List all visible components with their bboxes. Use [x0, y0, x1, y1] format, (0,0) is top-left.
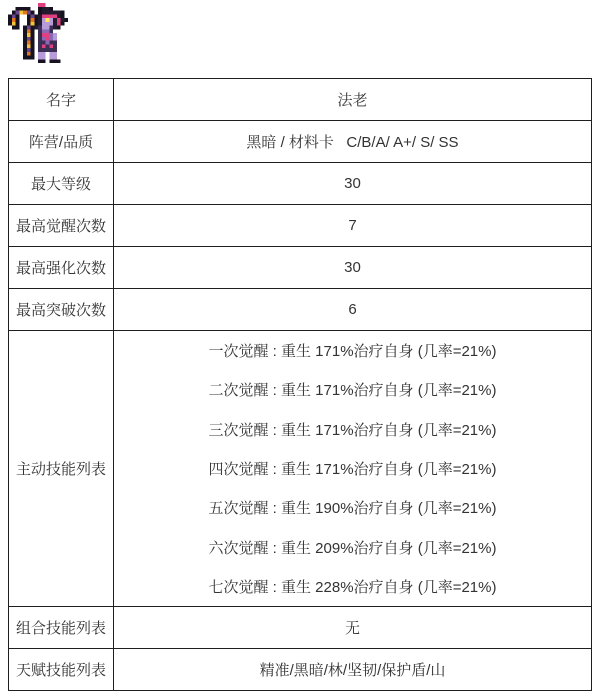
faction-quality-value: 黑暗 / 材料卡 C/B/A/ A+/ S/ SS — [246, 134, 458, 151]
row-label: 阵营/品质 — [9, 121, 114, 163]
table-row-active-skills: 主动技能列表 一次觉醒 : 重生 171%治疗自身 (几率=21%) 二次觉醒 … — [9, 331, 592, 607]
pharaoh-sprite-icon — [8, 3, 68, 63]
table-row-max-awaken: 最高觉醒次数 7 — [9, 205, 592, 247]
row-label: 最高强化次数 — [9, 247, 114, 289]
row-label: 天赋技能列表 — [9, 649, 114, 691]
row-value: 30 — [114, 247, 592, 289]
name-value: 法老 — [337, 92, 367, 109]
talent-skills-value: 精准/黑暗/林/坚韧/保护盾/山 — [260, 662, 446, 679]
row-value: 精准/黑暗/林/坚韧/保护盾/山 — [114, 649, 592, 691]
page: 名字 法老 阵营/品质 黑暗 / 材料卡 C/B/A/ A+/ S/ SS 最大… — [0, 0, 600, 692]
max-level-value: 30 — [344, 175, 361, 192]
row-label: 最高突破次数 — [9, 289, 114, 331]
table-row-max-level: 最大等级 30 — [9, 163, 592, 205]
row-value: 法老 — [114, 79, 592, 121]
combo-skills-value: 无 — [345, 620, 360, 637]
active-skill-list: 一次觉醒 : 重生 171%治疗自身 (几率=21%) 二次觉醒 : 重生 17… — [114, 331, 591, 606]
row-label: 最大等级 — [9, 163, 114, 205]
row-label: 组合技能列表 — [9, 607, 114, 649]
table-row-faction-quality: 阵营/品质 黑暗 / 材料卡 C/B/A/ A+/ S/ SS — [9, 121, 592, 163]
row-value: 30 — [114, 163, 592, 205]
row-label: 最高觉醒次数 — [9, 205, 114, 247]
skill-line-2: 二次觉醒 : 重生 171%治疗自身 (几率=21%) — [114, 370, 591, 409]
skill-line-1: 一次觉醒 : 重生 171%治疗自身 (几率=21%) — [114, 331, 591, 370]
table-row-max-breakthrough: 最高突破次数 6 — [9, 289, 592, 331]
row-label: 主动技能列表 — [9, 331, 114, 607]
max-awaken-value: 7 — [348, 217, 356, 234]
table-row-name: 名字 法老 — [9, 79, 592, 121]
table-row-talent-skills: 天赋技能列表 精准/黑暗/林/坚韧/保护盾/山 — [9, 649, 592, 691]
row-value: 黑暗 / 材料卡 C/B/A/ A+/ S/ SS — [114, 121, 592, 163]
row-value: 7 — [114, 205, 592, 247]
skill-line-7: 七次觉醒 : 重生 228%治疗自身 (几率=21%) — [114, 567, 591, 606]
skill-line-5: 五次觉醒 : 重生 190%治疗自身 (几率=21%) — [114, 488, 591, 527]
skill-line-6: 六次觉醒 : 重生 209%治疗自身 (几率=21%) — [114, 527, 591, 566]
max-enhance-value: 30 — [344, 259, 361, 276]
skill-line-3: 三次觉醒 : 重生 171%治疗自身 (几率=21%) — [114, 410, 591, 449]
row-value: 一次觉醒 : 重生 171%治疗自身 (几率=21%) 二次觉醒 : 重生 17… — [114, 331, 592, 607]
table-row-combo-skills: 组合技能列表 无 — [9, 607, 592, 649]
row-label: 名字 — [9, 79, 114, 121]
row-value: 无 — [114, 607, 592, 649]
row-value: 6 — [114, 289, 592, 331]
max-breakthrough-value: 6 — [348, 301, 356, 318]
character-info-table: 名字 法老 阵营/品质 黑暗 / 材料卡 C/B/A/ A+/ S/ SS 最大… — [8, 78, 592, 691]
skill-line-4: 四次觉醒 : 重生 171%治疗自身 (几率=21%) — [114, 449, 591, 488]
table-row-max-enhance: 最高强化次数 30 — [9, 247, 592, 289]
